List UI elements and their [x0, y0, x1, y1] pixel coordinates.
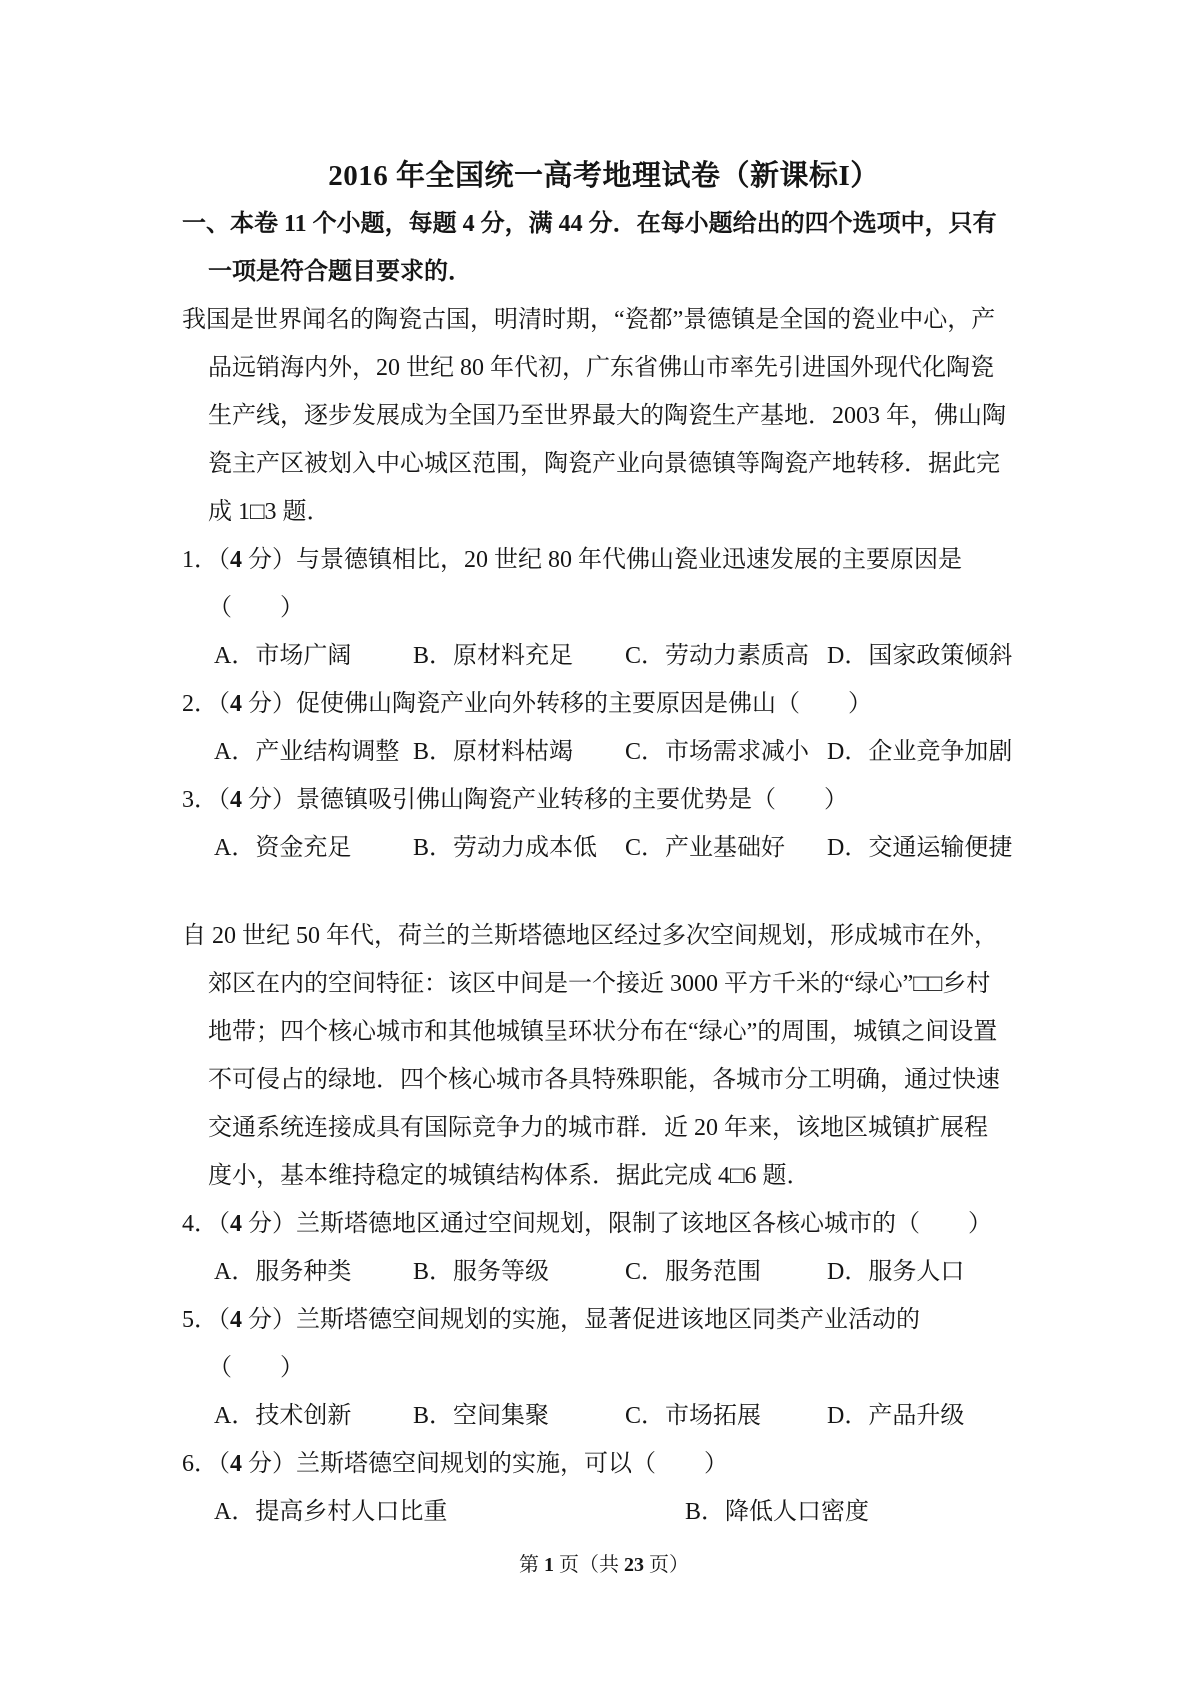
question-4-option-b: B．服务等级 [413, 1248, 549, 1296]
question-1-stem: 1．（4 分）与景德镇相比，20 世纪 80 年代佛山瓷业迅速发展的主要原因是 [182, 536, 1026, 584]
question-2-option-d: D．企业竞争加剧 [827, 728, 1012, 776]
question-5-answer-blank: （ ） [182, 1344, 1026, 1392]
question-4-text: 分）兰斯塔德地区通过空间规划，限制了该地区各核心城市的（ ） [242, 1211, 992, 1237]
passage-1-line-3: 生产线，逐步发展成为全国乃至世界最大的陶瓷生产基地．2003 年，佛山陶 [182, 392, 1026, 440]
page-content: 2016 年全国统一高考地理试卷（新课标I） 一、本卷 11 个小题，每题 4 … [182, 152, 1026, 1589]
passage-1-line-4: 瓷主产区被划入中心城区范围，陶瓷产业向景德镇等陶瓷产地转移．据此完 [182, 440, 1026, 488]
question-4-options: A．服务种类 B．服务等级 C．服务范围 D．服务人口 [182, 1248, 1026, 1296]
question-1-answer-blank: （ ） [182, 584, 1026, 632]
passage-2-line-6: 度小，基本维持稳定的城镇结构体系．据此完成 4□6 题． [182, 1152, 1026, 1200]
question-6-stem: 6．（4 分）兰斯塔德空间规划的实施，可以（ ） [182, 1440, 1026, 1488]
section-heading-line-2: 一项是符合题目要求的． [182, 248, 1026, 296]
question-1-option-d: D．国家政策倾斜 [827, 632, 1012, 680]
question-1-options: A．市场广阔 B．原材料充足 C．劳动力素质高 D．国家政策倾斜 [182, 632, 1026, 680]
question-1-points: 4 [230, 547, 242, 573]
question-4-option-d: D．服务人口 [827, 1248, 964, 1296]
question-3-option-c: C．产业基础好 [625, 824, 785, 872]
question-4-option-a: A．服务种类 [214, 1248, 351, 1296]
question-5-option-b: B．空间集聚 [413, 1392, 549, 1440]
question-3-option-d: D．交通运输便捷 [827, 824, 1012, 872]
passage-2-line-4: 不可侵占的绿地．四个核心城市各具特殊职能，各城市分工明确，通过快速 [182, 1056, 1026, 1104]
question-4-option-c: C．服务范围 [625, 1248, 761, 1296]
question-5-option-c: C．市场拓展 [625, 1392, 761, 1440]
footer-middle: 页（共 [554, 1554, 624, 1576]
passage-1-line-1: 我国是世界闻名的陶瓷古国，明清时期，“瓷都”景德镇是全国的瓷业中心，产 [182, 296, 1026, 344]
question-3-number: 3．（ [182, 787, 230, 813]
footer-prefix: 第 [519, 1554, 544, 1576]
question-3-text: 分）景德镇吸引佛山陶瓷产业转移的主要优势是（ ） [242, 787, 848, 813]
exam-paper-page: 2016 年全国统一高考地理试卷（新课标I） 一、本卷 11 个小题，每题 4 … [0, 0, 1200, 1698]
question-3-options: A．资金充足 B．劳动力成本低 C．产业基础好 D．交通运输便捷 [182, 824, 1026, 872]
question-6-options: A．提高乡村人口比重 B．降低人口密度 [182, 1488, 1026, 1536]
question-3-option-a: A．资金充足 [214, 824, 351, 872]
question-5-points: 4 [230, 1307, 242, 1333]
question-4-number: 4．（ [182, 1211, 230, 1237]
question-2-text: 分）促使佛山陶瓷产业向外转移的主要原因是佛山（ ） [242, 691, 872, 717]
passage-1-line-2: 品远销海内外，20 世纪 80 年代初，广东省佛山市率先引进国外现代化陶瓷 [182, 344, 1026, 392]
question-3-stem: 3．（4 分）景德镇吸引佛山陶瓷产业转移的主要优势是（ ） [182, 776, 1026, 824]
question-6-text: 分）兰斯塔德空间规划的实施，可以（ ） [242, 1451, 728, 1477]
question-4-points: 4 [230, 1211, 242, 1237]
question-3-points: 4 [230, 787, 242, 813]
question-2-points: 4 [230, 691, 242, 717]
question-2-option-b: B．原材料枯竭 [413, 728, 573, 776]
question-1-number: 1．（ [182, 547, 230, 573]
question-4-stem: 4．（4 分）兰斯塔德地区通过空间规划，限制了该地区各核心城市的（ ） [182, 1200, 1026, 1248]
passage-2-line-1: 自 20 世纪 50 年代，荷兰的兰斯塔德地区经过多次空间规划，形成城市在外， [182, 912, 1026, 960]
question-5-option-a: A．技术创新 [214, 1392, 351, 1440]
question-5-number: 5．（ [182, 1307, 230, 1333]
question-1-option-c: C．劳动力素质高 [625, 632, 809, 680]
question-5-stem: 5．（4 分）兰斯塔德空间规划的实施，显著促进该地区同类产业活动的 [182, 1296, 1026, 1344]
question-5-text: 分）兰斯塔德空间规划的实施，显著促进该地区同类产业活动的 [242, 1307, 920, 1333]
question-1-option-b: B．原材料充足 [413, 632, 573, 680]
question-6-option-b: B．降低人口密度 [685, 1488, 869, 1536]
question-2-stem: 2．（4 分）促使佛山陶瓷产业向外转移的主要原因是佛山（ ） [182, 680, 1026, 728]
page-title: 2016 年全国统一高考地理试卷（新课标I） [182, 152, 1026, 200]
question-6-points: 4 [230, 1451, 242, 1477]
passage-2-line-2: 郊区在内的空间特征：该区中间是一个接近 3000 平方千米的“绿心”□□乡村 [182, 960, 1026, 1008]
question-5-option-d: D．产品升级 [827, 1392, 964, 1440]
question-2-option-c: C．市场需求减小 [625, 728, 809, 776]
question-6-option-a: A．提高乡村人口比重 [214, 1488, 447, 1536]
question-2-number: 2．（ [182, 691, 230, 717]
footer-suffix: 页） [644, 1554, 689, 1576]
question-1-option-a: A．市场广阔 [214, 632, 351, 680]
question-1-text: 分）与景德镇相比，20 世纪 80 年代佛山瓷业迅速发展的主要原因是 [242, 547, 962, 573]
question-6-number: 6．（ [182, 1451, 230, 1477]
passage-2-line-5: 交通系统连接成具有国际竞争力的城市群．近 20 年来，该地区城镇扩展程 [182, 1104, 1026, 1152]
question-5-options: A．技术创新 B．空间集聚 C．市场拓展 D．产品升级 [182, 1392, 1026, 1440]
question-2-option-a: A．产业结构调整 [214, 728, 399, 776]
page-footer: 第 1 页（共 23 页） [182, 1541, 1026, 1589]
question-3-option-b: B．劳动力成本低 [413, 824, 597, 872]
question-2-options: A．产业结构调整 B．原材料枯竭 C．市场需求减小 D．企业竞争加剧 [182, 728, 1026, 776]
footer-page-number: 1 [544, 1554, 554, 1576]
passage-1-line-5: 成 1□3 题． [182, 488, 1026, 536]
section-heading-line-1: 一、本卷 11 个小题，每题 4 分，满 44 分．在每小题给出的四个选项中，只… [182, 200, 1026, 248]
footer-total-pages: 23 [624, 1554, 644, 1576]
passage-2-line-3: 地带；四个核心城市和其他城镇呈环状分布在“绿心”的周围，城镇之间设置 [182, 1008, 1026, 1056]
